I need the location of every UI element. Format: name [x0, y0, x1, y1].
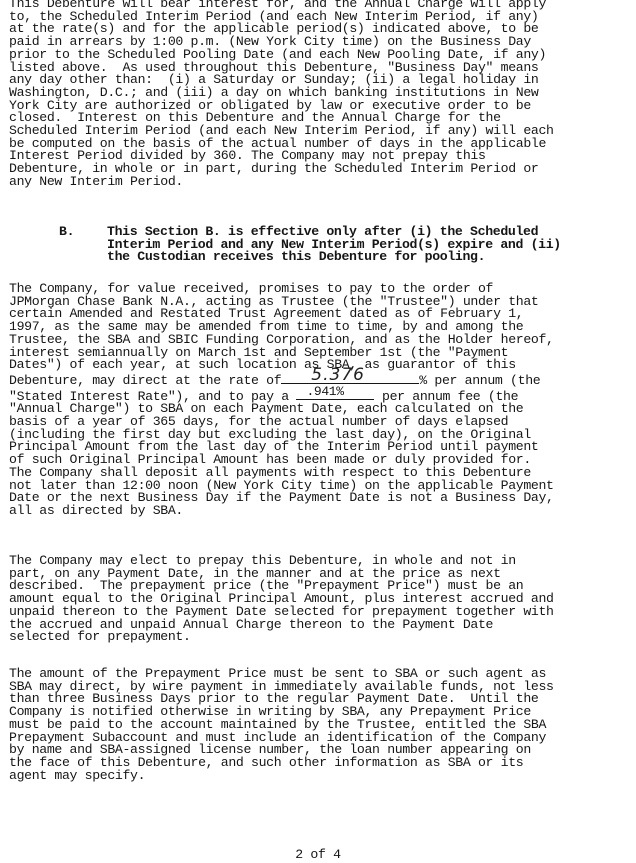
stated-interest-rate-value: 5.376 — [311, 369, 419, 382]
stated-interest-rate-field: 5.376 — [281, 372, 419, 384]
prepayment-delivery-paragraph: The amount of the Prepayment Price must … — [9, 668, 554, 782]
payment-terms-paragraph: The Company, for value received, promise… — [9, 283, 554, 518]
annual-charge-field: .941% — [296, 388, 374, 400]
payment-terms-rest: per annum fee (the "Annual Charge") to S… — [9, 389, 554, 518]
section-b-text: This Section B. is effective only after … — [107, 226, 561, 264]
annual-charge-value: .941% — [306, 386, 343, 399]
page-number: 2 of 4 — [0, 849, 636, 862]
section-b-label: B. — [59, 226, 74, 239]
prepayment-election-paragraph: The Company may elect to prepay this Deb… — [9, 555, 554, 644]
interim-interest-paragraph: This Debenture will bear interest for, a… — [9, 0, 554, 189]
